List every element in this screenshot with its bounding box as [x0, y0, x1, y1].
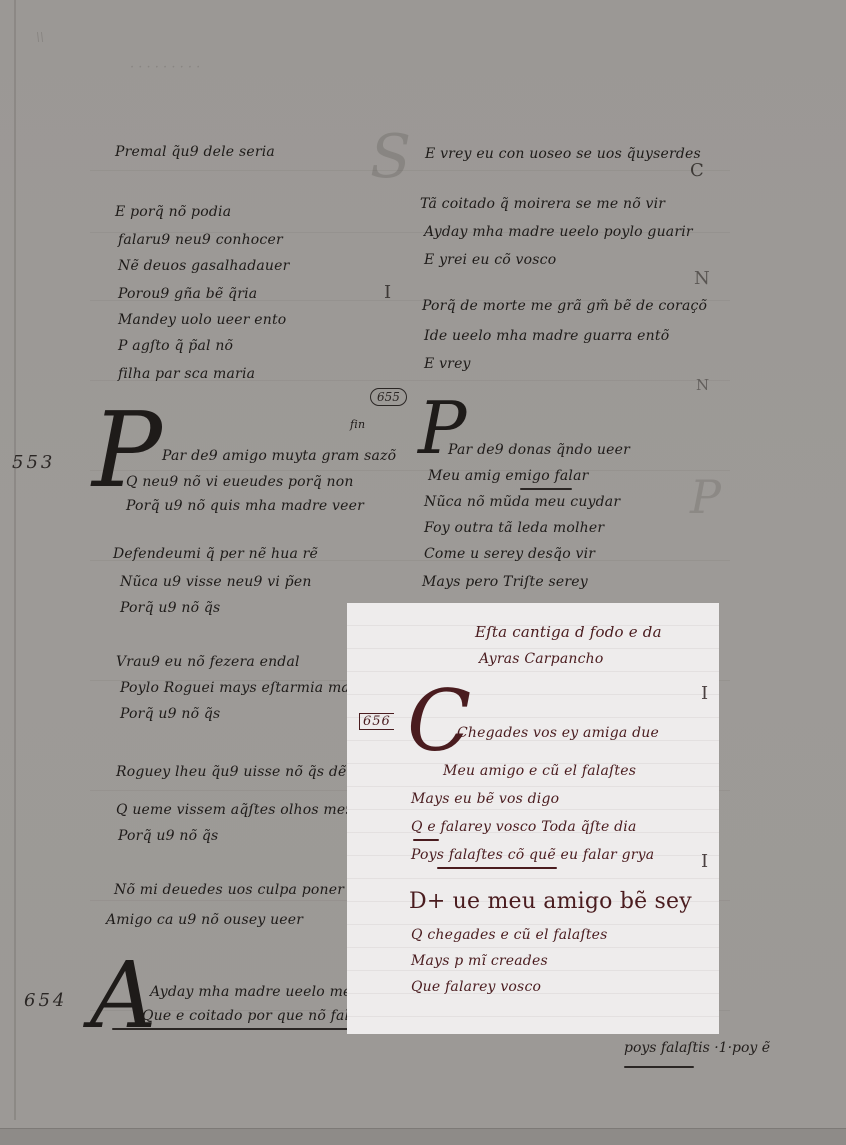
- faded-header-text: · · · · · · · · ·: [130, 60, 200, 75]
- verse-line: Q chegades e cũ el falaſtes: [411, 927, 608, 943]
- verse-line: Tã coitado q̃ moirera se me nõ vir: [420, 196, 665, 212]
- verse-line: Par de9 donas q̃ndo ueer: [448, 442, 630, 458]
- verse-line: Nõ mi deuedes uos culpa poner: [114, 882, 344, 898]
- verse-line: Q ueme vissem aq̃ſtes olhos me9: [116, 802, 355, 818]
- rubric-line: Ayras Carpancho: [479, 651, 604, 667]
- verse-line: Vrau9 eu nõ fezera endal: [116, 654, 300, 670]
- verse-line: Porq̃ u9 nõ q̃s: [120, 600, 220, 616]
- underline-stroke: [413, 839, 439, 841]
- verse-line: Porq̃ u9 nõ quis mha madre veer: [126, 498, 364, 514]
- underline-stroke: [520, 488, 572, 490]
- verse-line: Que falarey vosco: [411, 979, 541, 995]
- verse-line: Meu amigo e cũ el falaſtes: [443, 763, 636, 779]
- verse-line: Q neu9 nõ vi eueudes porq̃ non: [126, 474, 354, 490]
- decorated-initial-C: C: [407, 679, 471, 763]
- verse-line: D+ ue meu amigo bẽ sey: [409, 889, 693, 914]
- verse-line: E vrey: [424, 356, 471, 372]
- verse-line: Mandey uolo ueer ento: [118, 312, 286, 328]
- bleed-through-initial: S: [370, 122, 411, 192]
- poem-number-656: 656: [359, 713, 394, 730]
- marginal-footnote: poys falaſtis ·1·poy ẽ: [624, 1040, 770, 1056]
- ruled-line: [90, 470, 730, 471]
- verse-line: P agſto q̃ p̃al nõ: [118, 338, 233, 354]
- bleed-through-initial: P: [690, 470, 721, 524]
- page-bottom-edge: [0, 1128, 846, 1145]
- corner-mark: \\: [36, 30, 44, 44]
- verse-line: Chegades vos ey amiga due: [457, 725, 659, 741]
- poem-number-655: 655: [370, 388, 407, 406]
- poem-number-553: 553: [12, 452, 55, 473]
- margin-mark: N: [696, 376, 709, 394]
- margin-mark: I: [701, 683, 708, 704]
- underline-stroke: [437, 867, 557, 869]
- verse-line: Poys falaſtes cõ quẽ eu falar grya: [411, 847, 654, 863]
- underline-stroke: [112, 1028, 382, 1030]
- verse-line: E porq̃ nõ podia: [115, 204, 231, 220]
- verse-line: Premal q̃u9 dele seria: [115, 144, 275, 160]
- verse-line: Nũca u9 visse neu9 vi p̃en: [120, 574, 312, 590]
- verse-line: Porou9 gña bẽ q̃ria: [118, 286, 257, 302]
- underline-stroke: [624, 1066, 694, 1068]
- verse-line: filha par sca maria: [118, 366, 255, 382]
- margin-mark: N: [694, 268, 710, 289]
- verse-line: Q e falarey vosco Toda q̃ſte dia: [411, 819, 637, 835]
- verse-line: Mays p mĩ creades: [411, 953, 548, 969]
- verse-line: falaru9 neu9 conhocer: [118, 232, 283, 248]
- verse-line: Porq̃ de morte me grã gm̃ bẽ de coraçõ: [422, 298, 707, 314]
- overlay-insert-patch: Eſta cantiga d fodo e da Ayras Carpancho…: [347, 603, 719, 1034]
- verse-line: Come u serey desq̃o vir: [424, 546, 595, 562]
- verse-line: Nũca nõ mũda meu cuydar: [424, 494, 620, 510]
- verse-line: Poylo Roguei mays eſtarmia mal: [120, 680, 355, 696]
- margin-mark: C: [690, 160, 704, 181]
- verse-line: Mays pero Triſte serey: [422, 574, 588, 590]
- verse-line: Defendeumi q̃ per nẽ hua rẽ: [113, 546, 318, 562]
- verse-line: Meu amig emigo falar: [428, 468, 589, 484]
- verse-line: E vrey eu con uoseo se uos q̃uyserdes: [425, 146, 701, 162]
- manuscript-page: · · · · · · · · · \\ Premal q̃u9 dele se…: [0, 0, 846, 1145]
- verse-line: Par de9 amigo muyta gram sazõ: [162, 448, 396, 464]
- verse-line: Porq̃ u9 nõ q̃s: [118, 828, 218, 844]
- verse-line: Porq̃ u9 nõ q̃s: [120, 706, 220, 722]
- verse-line: Ide ueelo mha madre guarra entõ: [424, 328, 669, 344]
- rubric-line: Eſta cantiga d fodo e da: [475, 623, 662, 641]
- page-left-edge: [14, 0, 16, 1120]
- verse-line: Amigo ca u9 nõ ousey ueer: [106, 912, 303, 928]
- verse-line: Mays eu bẽ vos digo: [411, 791, 559, 807]
- poem-number-654: 654: [24, 990, 67, 1011]
- verse-line: Foy outra tã leda molher: [424, 520, 604, 536]
- verse-line: Roguey lheu q̃u9 uisse nõ q̃s dẽ: [116, 764, 347, 780]
- verse-line: Ayday mha madre ueelo poylo guarir: [424, 224, 693, 240]
- verse-line: Nẽ deuos gasalhadauer: [118, 258, 290, 274]
- margin-mark: I: [701, 851, 708, 872]
- verse-line: E yrei eu cõ vosco: [424, 252, 556, 268]
- margin-note-fin: fin: [350, 418, 365, 431]
- margin-mark: I: [384, 282, 391, 303]
